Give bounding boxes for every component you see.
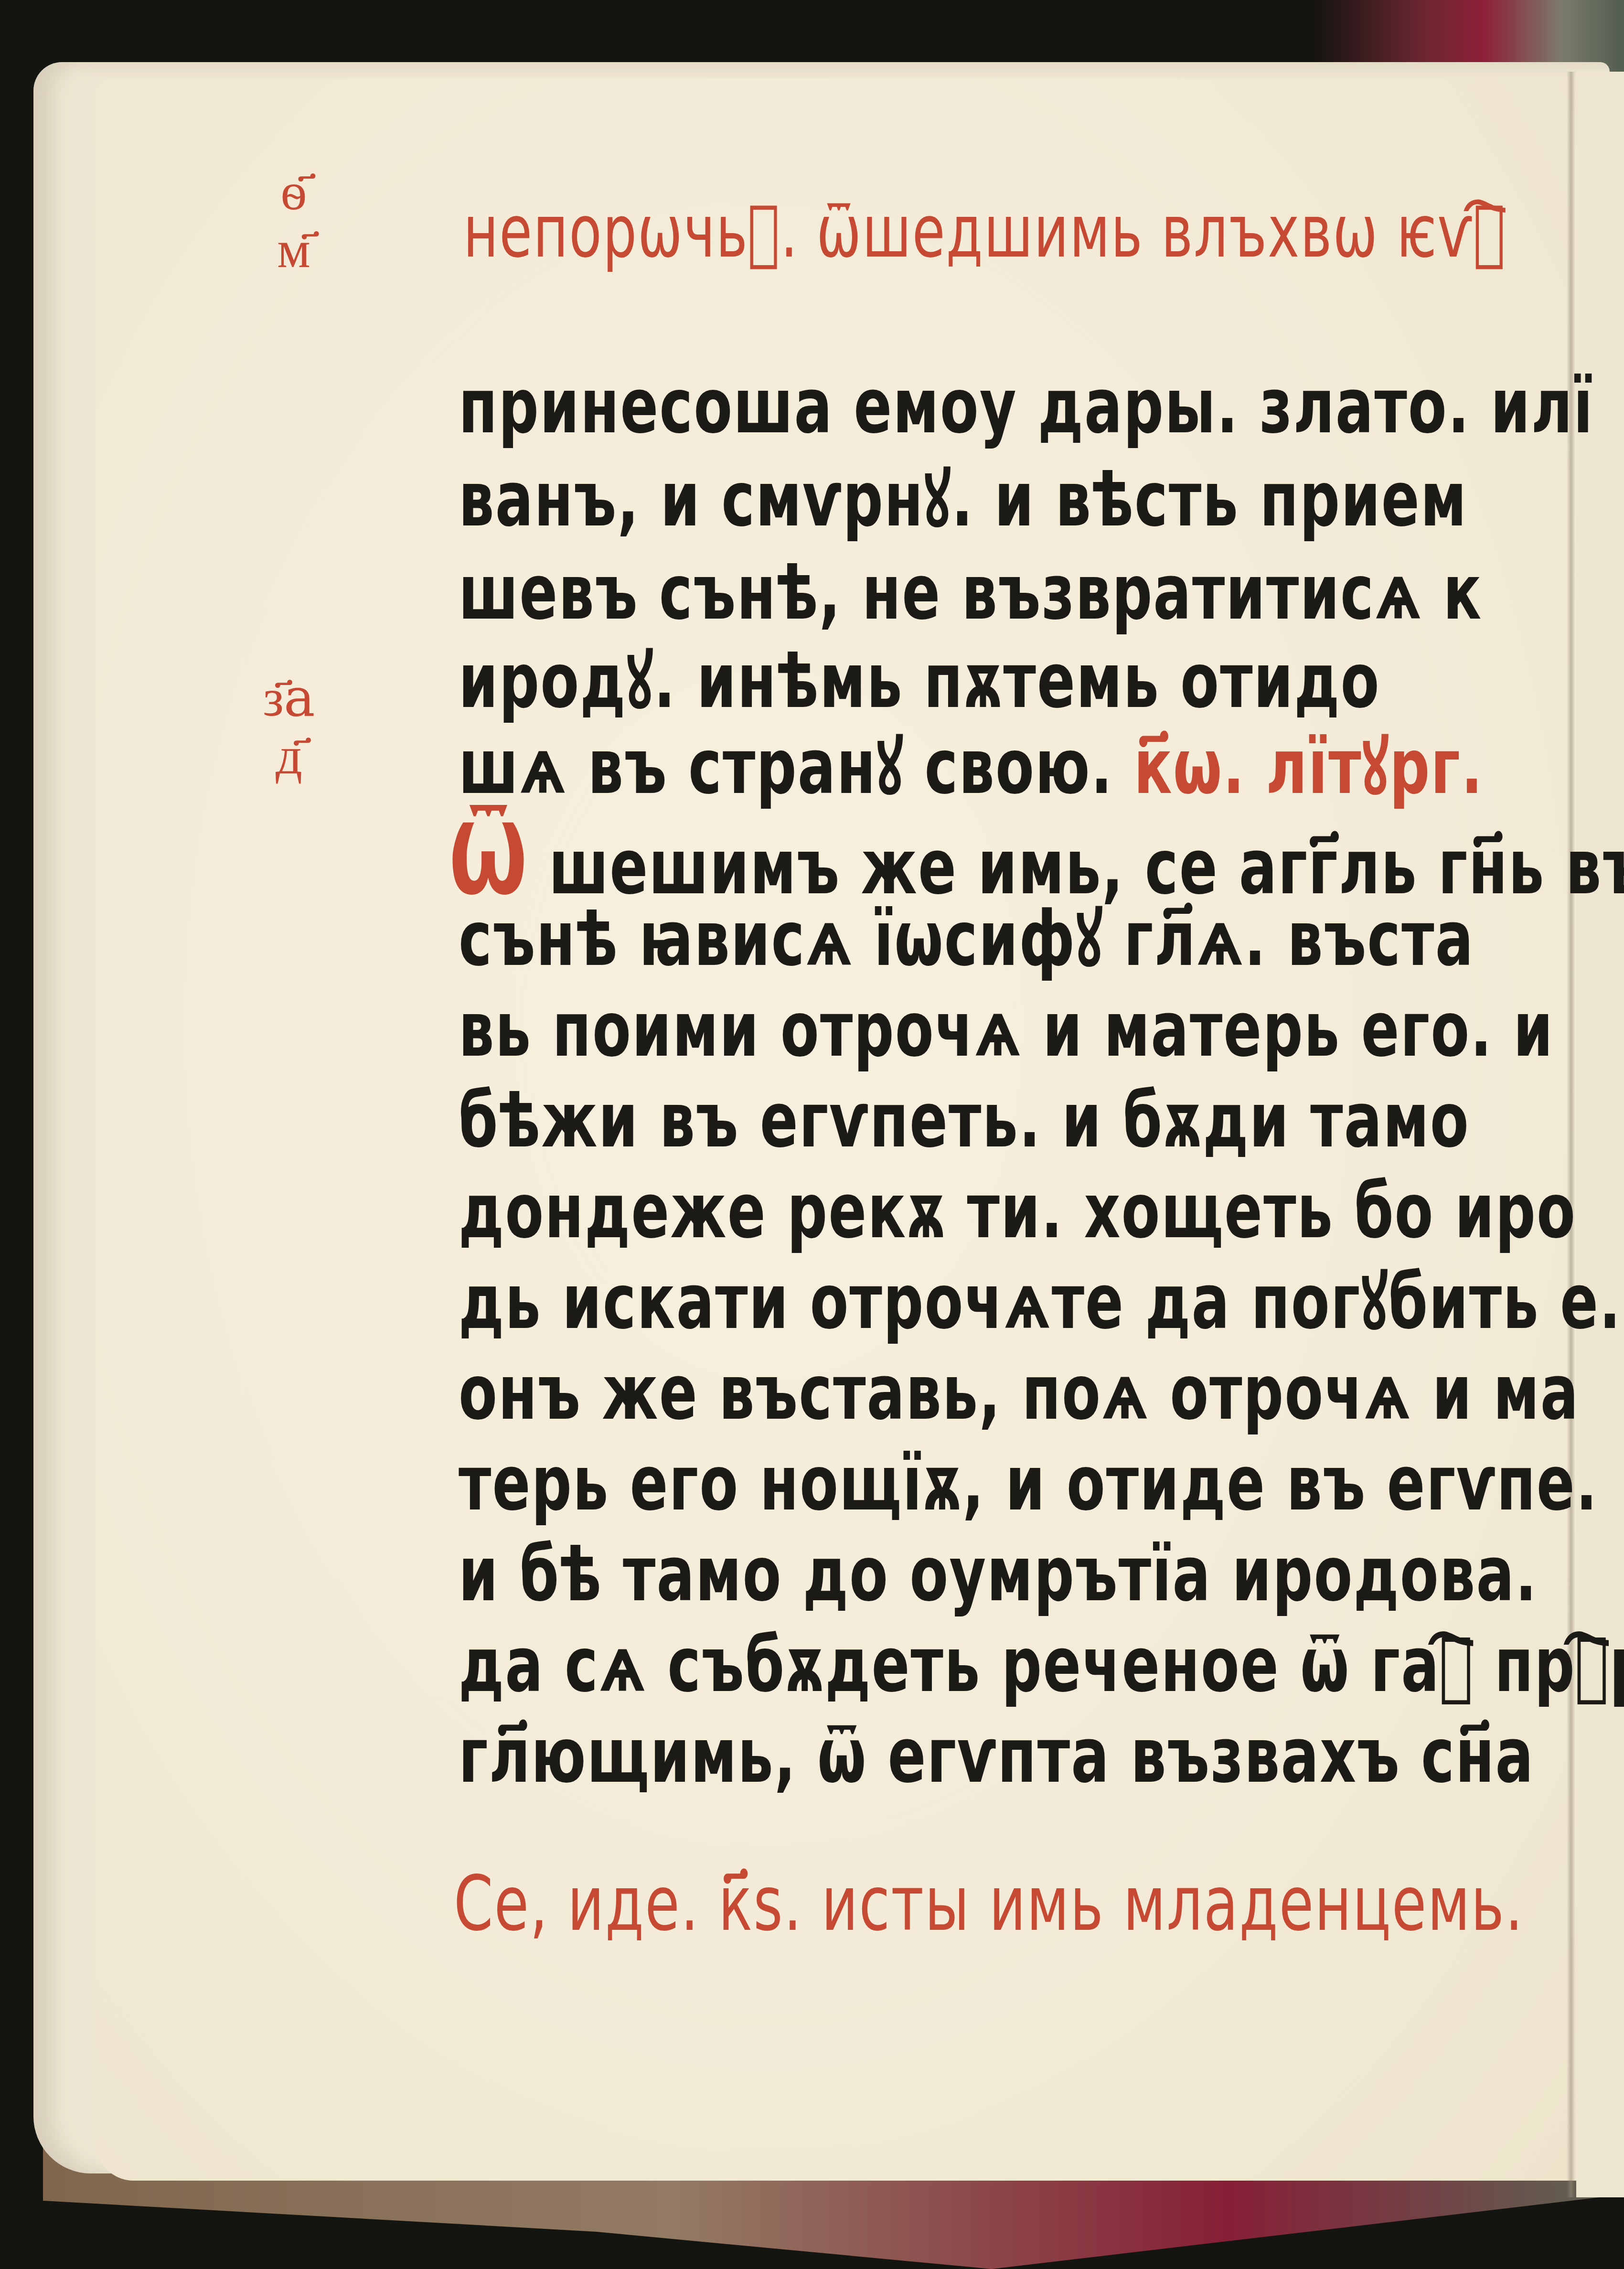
rubric-inline-reference: к҃ѡ. лїтꙋрг. xyxy=(1134,722,1484,811)
text-line-14: и бѣ тамо до оумрътїа иродова. xyxy=(459,1536,1376,1612)
text-line-2: ванъ, и смѵрнꙋ. и вѣсть прием xyxy=(459,461,1376,537)
text-line-1: принесоша емоу дары. злато. илї xyxy=(459,368,1376,444)
text-line-5-main: шѧ въ странꙋ свою. xyxy=(459,722,1113,811)
text-line-10: дондеже рекѫ ти. хощеть бо иро xyxy=(459,1173,1376,1249)
text-line-5: шѧ въ странꙋ свою. к҃ѡ. лїтꙋрг. xyxy=(459,728,1376,804)
text-line-13: терь его нощїѫ, и отиде въ егѵпе. xyxy=(459,1445,1376,1521)
text-line-16: гл҃ющимь, ѿ егѵпта възвахъ сн҃а xyxy=(459,1717,1376,1793)
text-line-7: сънѣ ꙗвисѧ їѡсифꙋ гл҃ѧ. въста xyxy=(459,900,1376,976)
rubric-heading-line: непорѡчь꙯. ѿшедшимь влъхвѡ ѥѵⷢ҇ xyxy=(463,196,1380,268)
text-line-3: шевъ сънѣ, не възвратитисѧ к xyxy=(459,554,1376,630)
rubric-footer-line: Се, иде. к҃ѕ. исты имь младенцемь. xyxy=(454,1865,1371,1941)
margin-note-top: ѳ҃ м҃ xyxy=(260,162,327,278)
text-line-15: да сѧ събѫдеть реченое ѿ гаⷭ҇ прⷪ҇рⷪкомь xyxy=(459,1627,1376,1702)
text-line-12: онъ же въставь, поѧ отрочѧ и ма xyxy=(459,1354,1376,1430)
margin-note-middle: з҃а д҃ xyxy=(260,669,318,784)
text-line-9: бѣжи въ егѵпеть. и бѫди тамо xyxy=(459,1082,1376,1158)
text-line-11: дь искати отрочѧте да погꙋбить е. xyxy=(459,1263,1376,1339)
text-line-8: вь поими отрочѧ и матерь его. и xyxy=(459,991,1376,1067)
text-line-4: иродꙋ. инѣмь пѫтемь отидо xyxy=(459,642,1376,718)
